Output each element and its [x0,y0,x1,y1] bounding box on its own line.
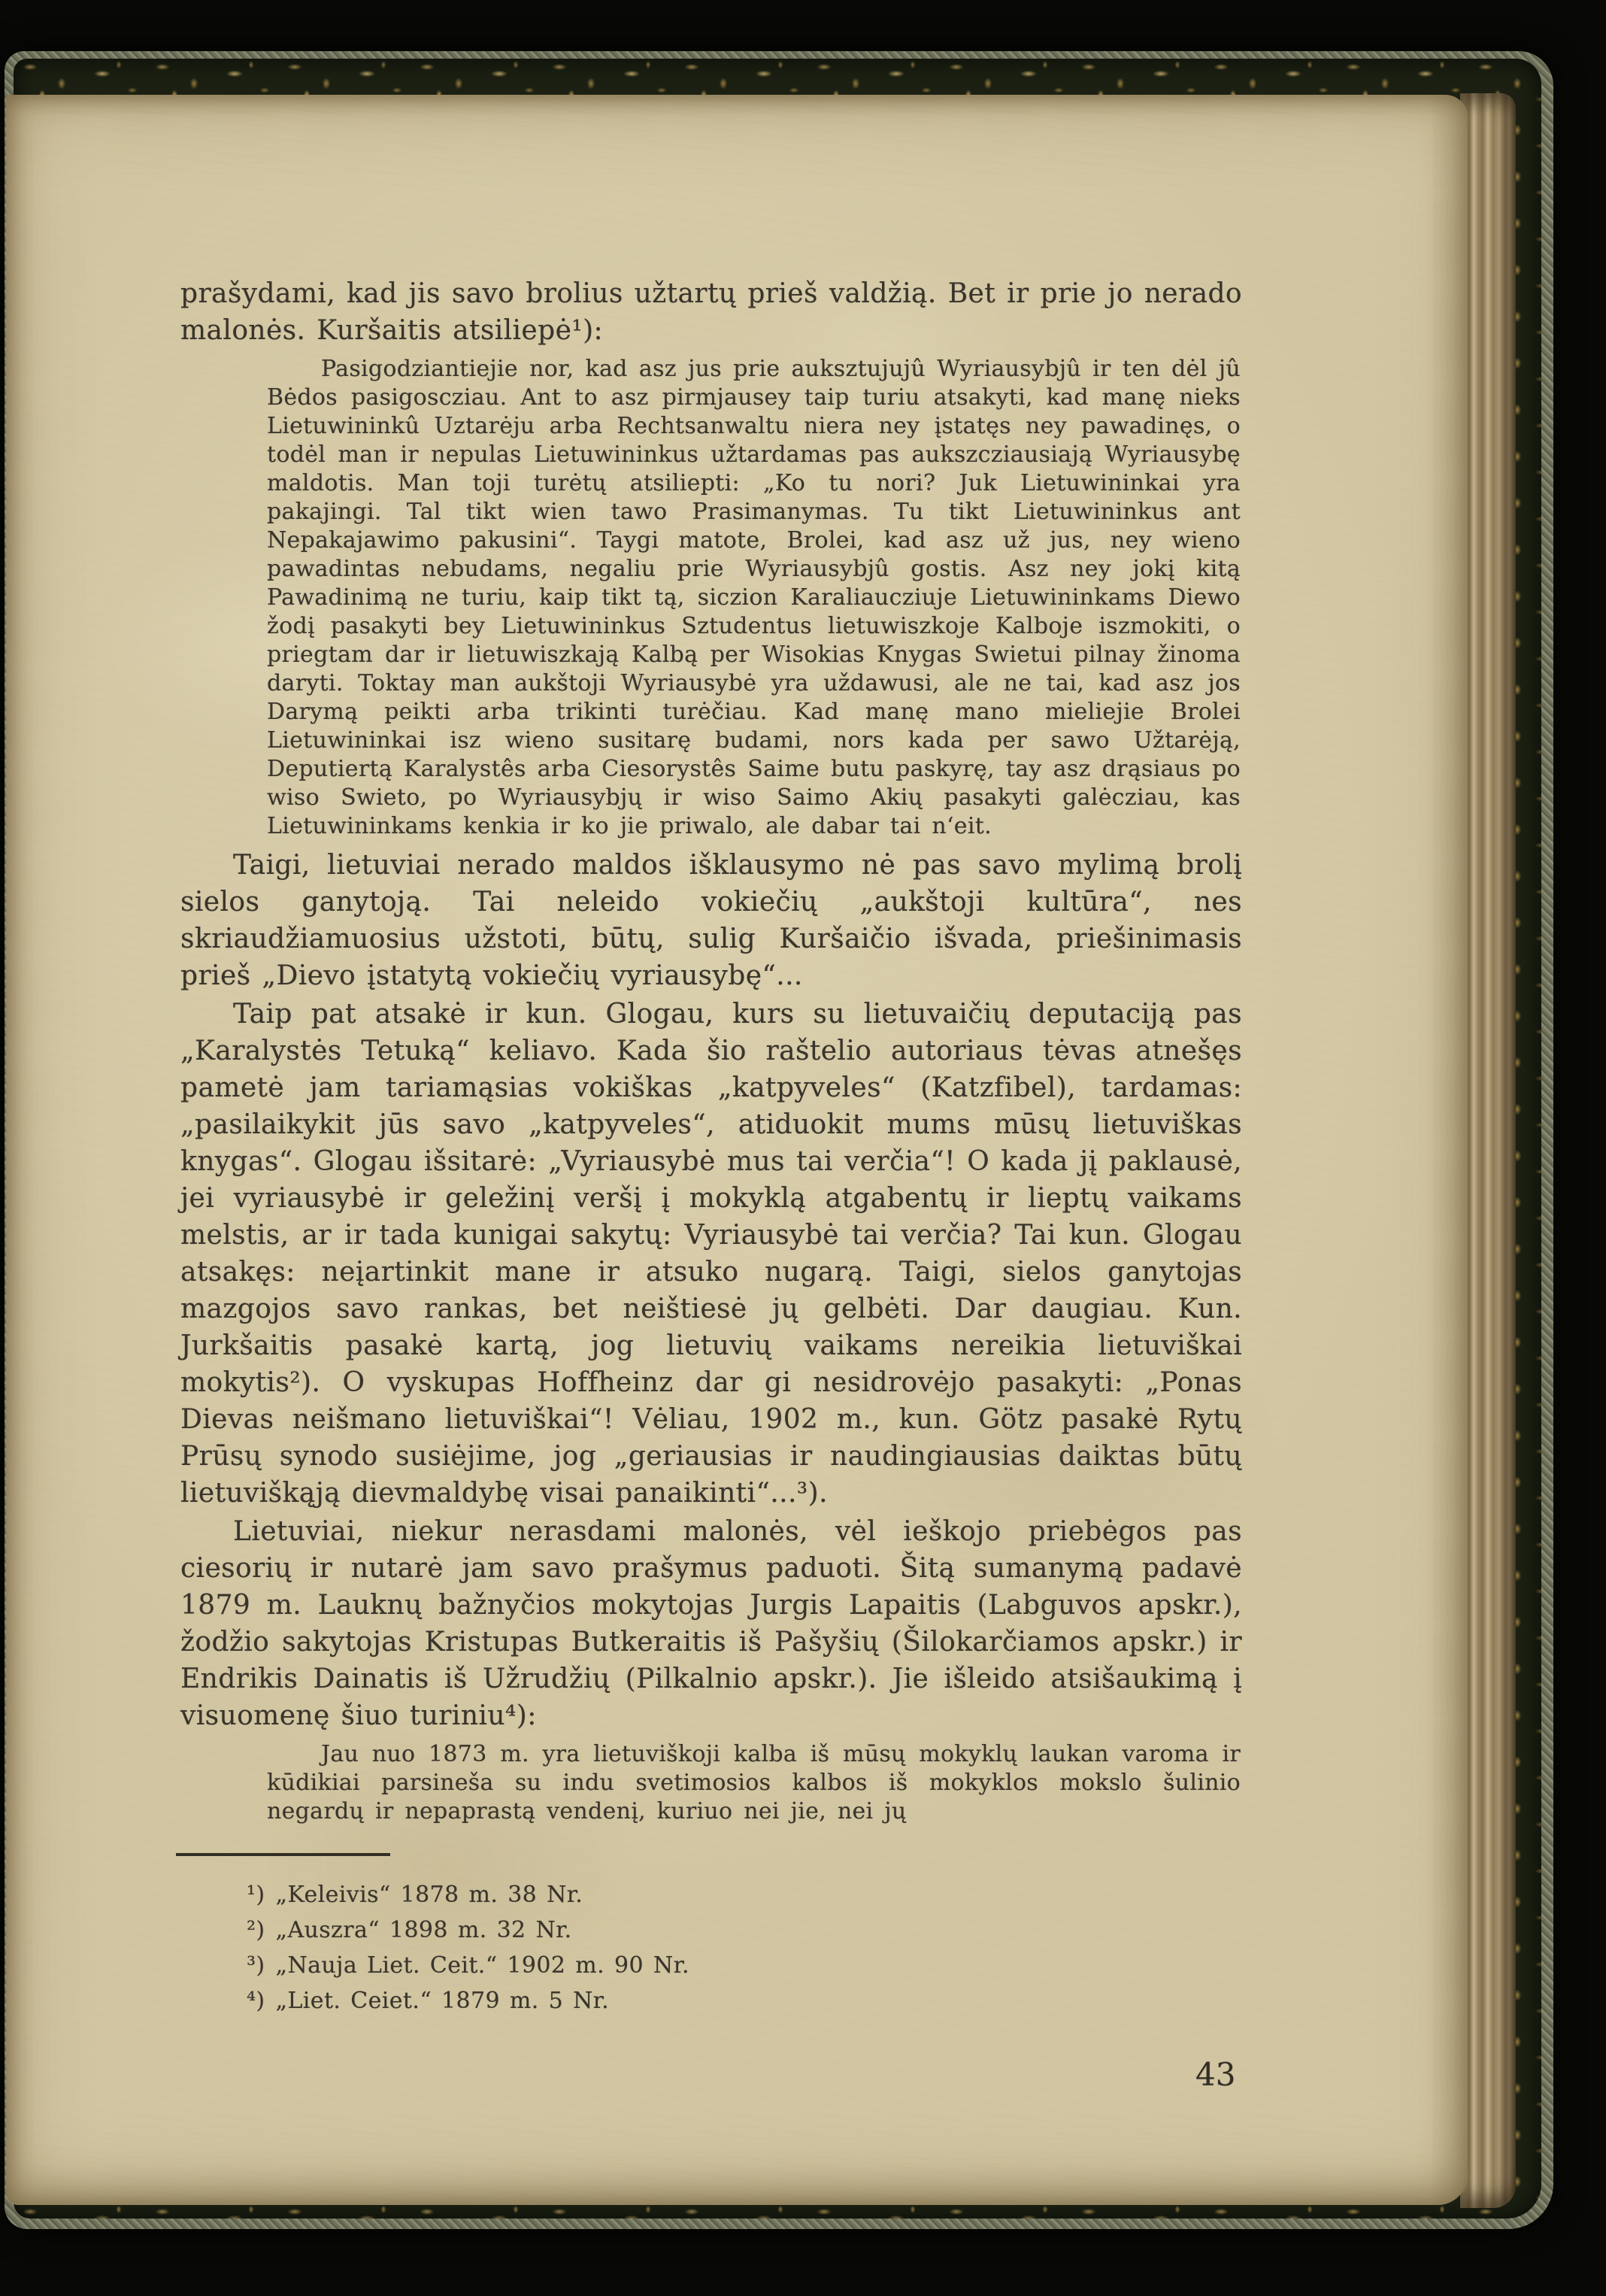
footnotes: ¹)„Keleivis“ 1878 m. 38 Nr. ²)„Auszra“ 1… [180,1877,1242,2018]
book-scan-photo: prašydami, kad jis savo brolius užtartų … [0,0,1606,2296]
footnote-4-marker: ⁴) [247,1988,276,2014]
footnote-3-marker: ³) [247,1952,276,1979]
footnote-1: ¹)„Keleivis“ 1878 m. 38 Nr. [247,1877,1242,1912]
footnote-3-text: „Nauja Liet. Ceit.“ 1902 m. 90 Nr. [276,1952,689,1979]
paragraph-lietuviai-ciesorius: Lietuviai, niekur nerasdami malonės, vėl… [180,1513,1242,1734]
fore-edge-page-stack [1460,93,1516,2208]
footnote-2-marker: ²) [247,1917,276,1943]
book-page: prašydami, kad jis savo brolius užtartų … [6,95,1468,2205]
paragraph-taip-pat-glogau: Taip pat atsakė ir kun. Glogau, kurs su … [180,996,1242,1512]
page-number: 43 [1195,2056,1235,2093]
blockquote-kursaitis-reply: Pasigodziantiejie nor, kad asz jus prie … [267,355,1241,841]
footnote-3: ³)„Nauja Liet. Ceit.“ 1902 m. 90 Nr. [247,1948,1242,1983]
paragraph-taigi: Taigi, lietuviai nerado maldos išklausym… [180,847,1242,994]
footnote-1-marker: ¹) [247,1882,276,1908]
footnote-2: ²)„Auszra“ 1898 m. 32 Nr. [247,1912,1242,1948]
blockquote-atsisaukimas: Jau nuo 1873 m. yra lietuviškoji kalba i… [267,1740,1241,1826]
footnote-1-text: „Keleivis“ 1878 m. 38 Nr. [276,1882,583,1908]
footnote-4: ⁴)„Liet. Ceiet.“ 1879 m. 5 Nr. [247,1983,1242,2018]
paragraph-continuation: prašydami, kad jis savo brolius užtartų … [180,275,1242,349]
footnote-2-text: „Auszra“ 1898 m. 32 Nr. [276,1917,572,1943]
page-text-block: prašydami, kad jis savo brolius užtartų … [180,275,1242,2018]
footnote-4-text: „Liet. Ceiet.“ 1879 m. 5 Nr. [276,1988,610,2014]
footnote-rule [176,1853,390,1856]
